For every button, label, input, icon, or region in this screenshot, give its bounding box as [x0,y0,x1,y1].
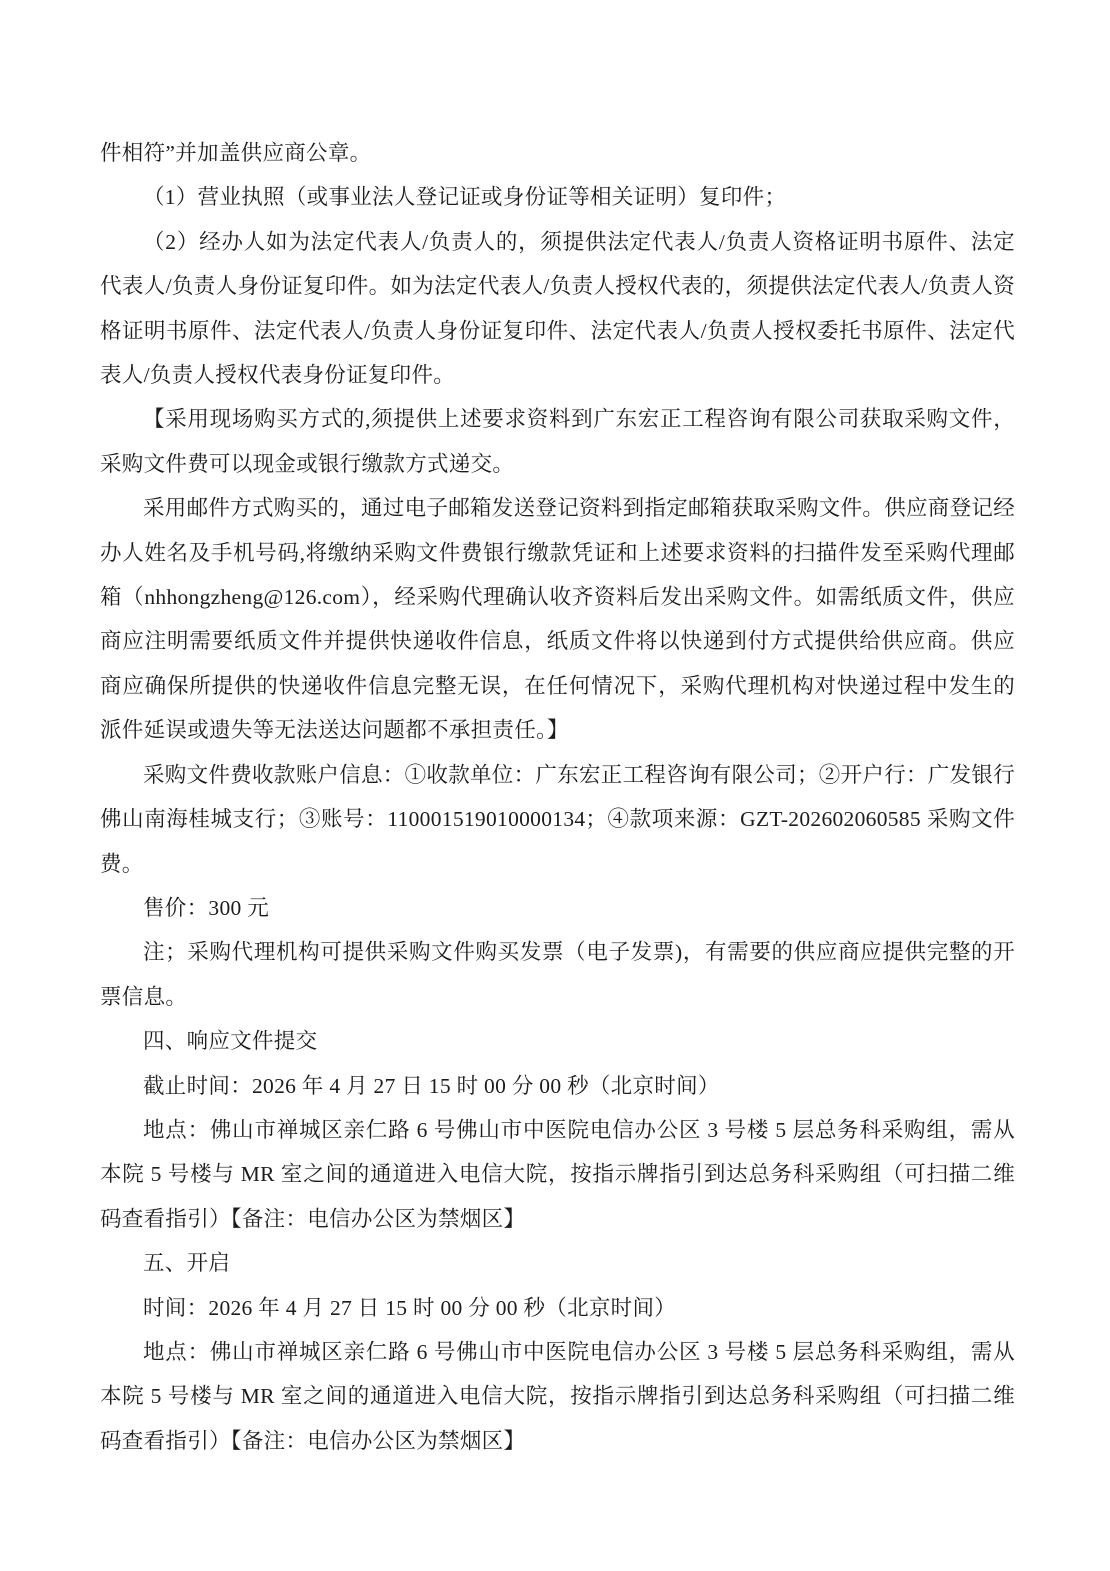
paragraph-opening-location: 地点：佛山市禅城区亲仁路 6 号佛山市中医院电信办公区 3 号楼 5 层总务科采… [100,1330,1015,1463]
paragraph-submission-location: 地点：佛山市禅城区亲仁路 6 号佛山市中医院电信办公区 3 号楼 5 层总务科采… [100,1108,1015,1241]
paragraph-invoice-note: 注；采购代理机构可提供采购文件购买发票（电子发票)，有需要的供应商应提供完整的开… [100,930,1015,1019]
document-page: 件相符”并加盖供应商公章。 （1）营业执照（或事业法人登记证或身份证等相关证明）… [0,0,1110,1571]
section-4-heading: 四、响应文件提交 [100,1019,1015,1063]
paragraph-item-1-business-license: （1）营业执照（或事业法人登记证或身份证等相关证明）复印件； [100,175,1015,219]
paragraph-continuation-seal-requirement: 件相符”并加盖供应商公章。 [100,131,1015,175]
paragraph-mail-purchase-note: 采用邮件方式购买的，通过电子邮箱发送登记资料到指定邮箱获取采购文件。供应商登记经… [100,486,1015,752]
paragraph-price: 售价：300 元 [100,886,1015,930]
paragraph-opening-time: 时间：2026 年 4 月 27 日 15 时 00 分 00 秒（北京时间） [100,1286,1015,1330]
paragraph-payment-account-info: 采购文件费收款账户信息：①收款单位：广东宏正工程咨询有限公司；②开户行：广发银行… [100,753,1015,886]
paragraph-onsite-purchase-note: 【采用现场购买方式的,须提供上述要求资料到广东宏正工程咨询有限公司获取采购文件，… [100,397,1015,486]
paragraph-submission-deadline: 截止时间：2026 年 4 月 27 日 15 时 00 分 00 秒（北京时间… [100,1064,1015,1108]
section-5-heading: 五、开启 [100,1241,1015,1285]
paragraph-item-2-agent-requirements: （2）经办人如为法定代表人/负责人的，须提供法定代表人/负责人资格证明书原件、法… [100,220,1015,398]
